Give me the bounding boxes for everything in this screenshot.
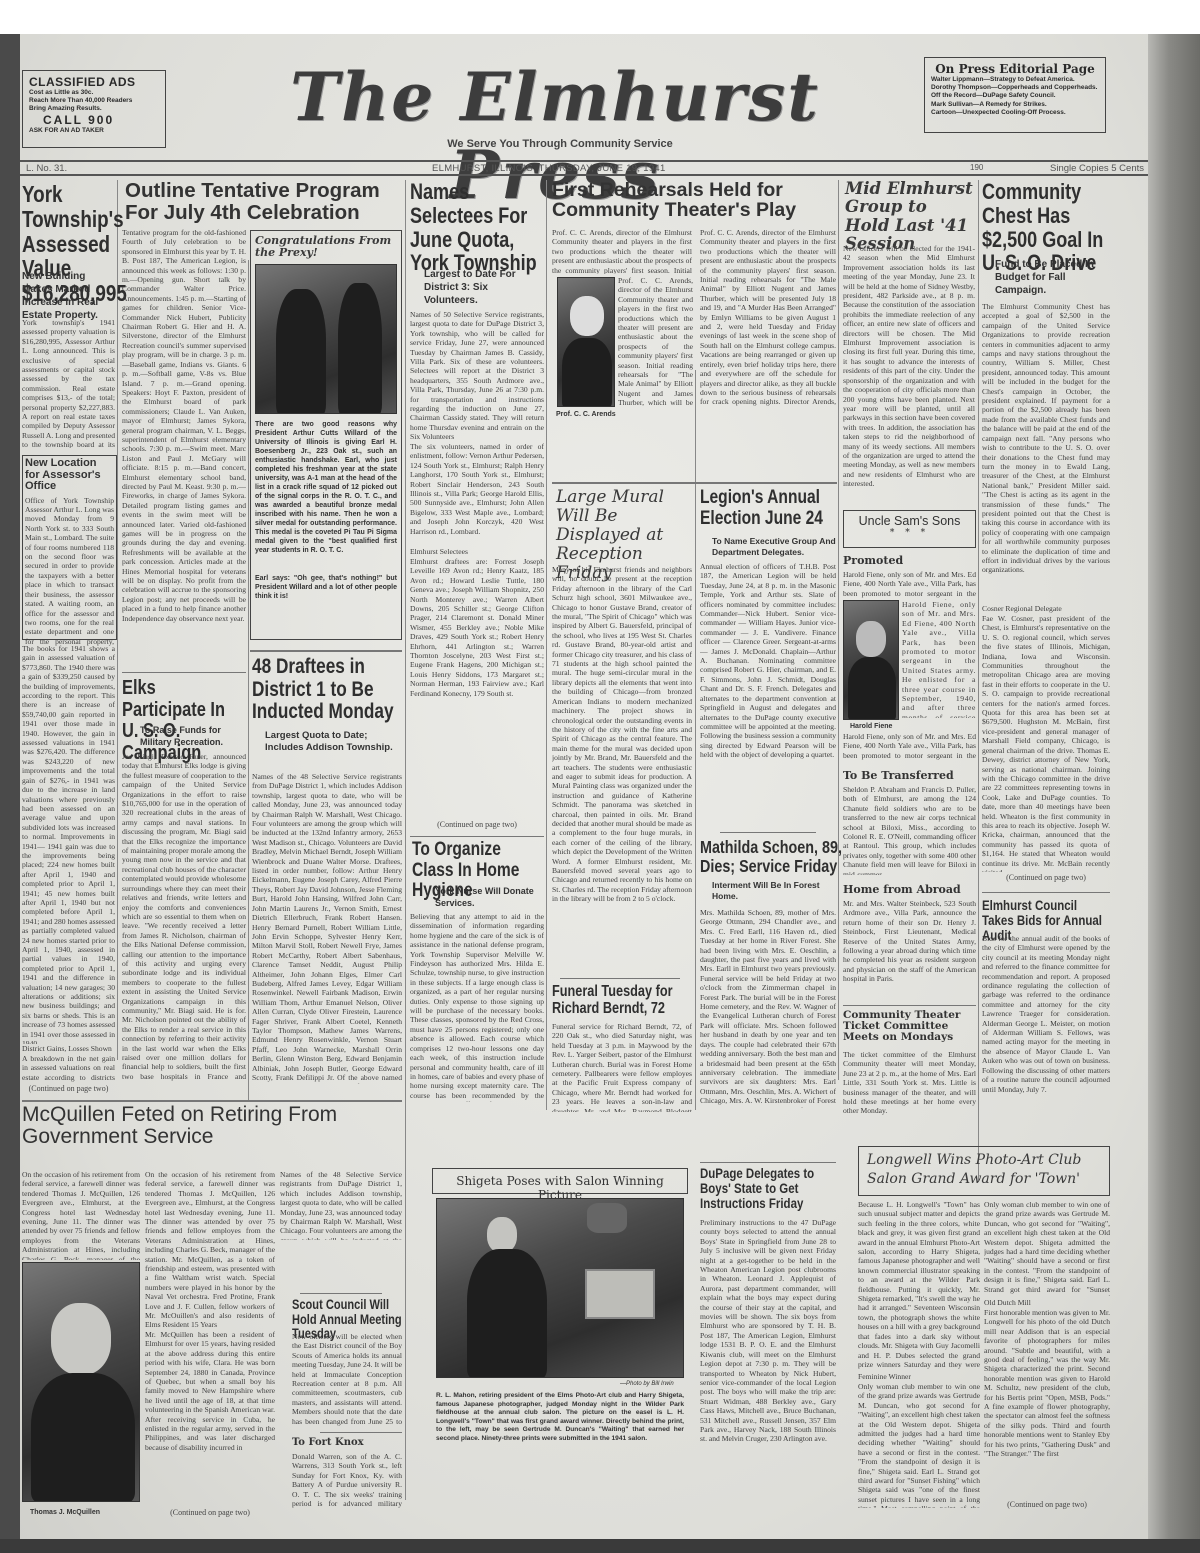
continued-mcquillen: (Continued on page two) [145,1508,275,1517]
photo-face [570,296,604,336]
classified-ads-box: CLASSIFIED ADS Cost as Little as 30c. Re… [22,70,166,148]
body-rehearsals-lead: Prof. C. C. Arends, director of the Elmh… [552,228,692,274]
classified-line: Bring Amazing Results. [29,105,159,113]
column-rule [117,180,118,1060]
shigeta-caption: R. L. Mahon, retiring president of the E… [436,1392,684,1472]
classified-line: Cost as Little as 30c. [29,89,159,97]
body-promoted-tail: Harold Fiene, only son of Mr. and Mrs. E… [843,732,976,760]
divider [320,1432,402,1433]
editorial-item: Off the Record—DuPage Safety Council. [931,92,1099,100]
editorial-item: Cartoon—Unexpected Cooling-Off Process. [931,109,1099,117]
body-ticket-committee: The ticket committee of the Elmhurst Com… [843,1050,976,1122]
headline-longwell: Longwell Wins Photo-Art Club Salon Grand… [867,1151,1101,1189]
headline-rehearsals: First Rehearsals Held for Community Thea… [552,180,842,221]
divider [982,892,1110,893]
headline-mcquillen: McQuillen Feted on Retiring From Governm… [22,1104,412,1148]
subhead-elmhurst-selectees: Elmhurst Selectees [410,547,544,556]
subhead-old-dutch-mill: Old Dutch Mill [984,1298,1110,1307]
body-selectees-3: Elmhurst draftees are: Forrest Joseph Le… [410,557,544,785]
divider [22,1100,402,1102]
photo-figure [276,289,326,414]
body-mid-elmhurst: New officers will be elected for the 194… [843,244,975,499]
divider [843,1005,976,1006]
body-rehearsals-col2: Prof. C. C. Arends, director of the Elmh… [700,228,836,408]
shigeta-title-box: Shigeta Poses with Salon Winning Picture [432,1168,688,1194]
arends-photo [557,277,615,407]
body-legion: Annual election of officers of T.H.B. Po… [700,562,836,824]
page-edge-shadow [1148,34,1200,1553]
body-draftees: Names of the 48 Selective Service regist… [252,772,402,1084]
headline-draftees: 48 Draftees in District 1 to Be Inducted… [252,656,400,724]
column-rule [248,260,249,1100]
body-mural: Many of his Elmhurst friends and neighbo… [552,565,692,975]
motto: We Serve You Through Community Service [360,138,760,150]
subhead-district-gains: District Gains, Losses Shown [22,1044,115,1053]
headline-funeral: Funeral Tuesday for Richard Berndt, 72 [552,984,683,1017]
classified-ask: ASK FOR AN AD TAKER [29,127,159,134]
column-rule [695,370,696,1110]
issue-date: ELMHURST, ILLINOIS, THURSDAY, JUNE 19, 1… [432,163,666,174]
deck-draftees: Largest Quota to Date; Includes Addison … [265,730,395,755]
body-home-from-abroad: Mr. and Mrs. Walter Steinbeck, 523 South… [843,899,976,999]
longwell-headline-box: Longwell Wins Photo-Art Club Salon Grand… [858,1146,1110,1196]
photo-figure [338,283,382,414]
deck-hygiene: York Nurse Will Donate Services. [435,886,545,909]
photo-face [51,1303,111,1375]
fiene-photo [843,600,899,720]
body-mcquillen-2: On the occasion of his retirement from f… [145,1170,275,1318]
body-mcquillen-3: Mr. McQuillen has been a resident of Elm… [145,1330,275,1502]
headline-fort-knox: To Fort Knox [292,1438,402,1449]
continued-selectees: (Continued on page two) [410,820,544,829]
mcquillen-caption: Thomas J. McQuillen [30,1508,140,1517]
editorial-page-box: On Press Editorial Page Walter Lippmann—… [924,57,1106,133]
body-transferred: Sheldon P. Abraham and Francis D. Puller… [843,785,976,875]
deck-schoen: Interment Will Be In Forest Home. [712,880,832,902]
divider [720,832,816,833]
divider [552,482,837,484]
body-community-chest: The Elmhurst Community Chest has accepte… [982,302,1110,602]
column-rule [838,180,839,1080]
classified-line: Reach More Than 40,000 Readers [29,97,159,105]
body-longwell: Because L. H. Longwell's "Town" has such… [858,1200,980,1370]
continued-community-chest: (Continued on page two) [982,873,1110,882]
subhead-elms-resident: Elms Resident 15 Years [145,1320,275,1329]
deck-legion: To Name Executive Group And Department D… [712,536,838,558]
body-promoted-wrap: Harold Fiene, only son of Mr. and Mrs. E… [902,600,976,718]
headline-legion: Legion's Annual Election June 24 [700,488,839,529]
editorial-item: Walter Lippmann—Strategy to Defeat Ameri… [931,76,1099,84]
body-scout: New officers will be elected when the Ea… [292,1332,402,1428]
body-selectees-2: The six volunteers, named in order of en… [410,442,544,546]
body-draftees-tail: Names of the 48 Selective Service regist… [280,1170,402,1240]
subhead-cosner: Cosner Regional Delegate [982,604,1110,613]
editorial-title: On Press Editorial Page [931,62,1099,76]
dateline-bar: L. No. 31. ELMHURST, ILLINOIS, THURSDAY,… [20,160,1148,176]
body-township-2: The books for 1941 shows a gain in asses… [22,644,115,1044]
body-funeral: Funeral service for Richard Berndt, 72, … [552,1022,692,1112]
body-fort-knox: Donald Warren, son of the A. C. Warrens,… [292,1452,402,1508]
lamp [587,1203,627,1233]
divider [122,672,246,673]
headline-boys-state: DuPage Delegates to Boys' State to Get I… [700,1166,835,1211]
body-hygiene: Believing that any attempt to aid in the… [410,912,544,1102]
photo-figure [31,1373,135,1502]
subhead-six-volunteers: Six Volunteers [410,432,544,441]
editorial-item: Mark Sullivan—A Remedy for Strikes. [931,101,1099,109]
shigeta-credit: —Photo by Bill Irwin [620,1380,684,1389]
body-rehearsals-wrap: Prof. C. C. Arends, director of the Elmh… [618,276,693,410]
issue-number: 190 [970,163,983,172]
photo-figure [562,338,612,407]
page-bottom-edge [0,1539,1200,1553]
divider [560,978,680,979]
column-rule [546,180,547,1110]
headline-schoen: Mathilda Schoen, 89, Dies; Service Frida… [700,838,844,876]
body-audit: Bids for the annual audit of the books o… [982,934,1110,1122]
headline-ticket-committee: Community Theater Ticket Committee Meets… [843,1010,976,1043]
fiene-caption: Harold Fiene [850,722,910,731]
uncle-sam-box: Uncle Sam's Sons * * * [843,510,976,548]
divider [410,836,544,837]
body-township-3: A breakdown in the net gain in assessed … [22,1054,115,1082]
column-rule [978,180,979,1180]
easel-print [585,1269,655,1319]
body-promoted: Harold Fiene, only son of Mr. and Mrs. E… [843,570,976,600]
prexy-photo [255,264,397,414]
subhead-feminine-winner: Feminine Winner [858,1372,980,1381]
deck-township: New Building Makes Marked Increase in Re… [22,270,117,322]
photo-figure [848,657,896,720]
continued-longwell: (Continued on page two) [984,1500,1110,1509]
photo-figure [467,1249,547,1378]
deck-elks: To Raise Funds for Military Recreation. [140,725,246,748]
classified-call: CALL 900 [43,113,159,127]
prexy-caption: There are two good reasons why President… [255,420,397,570]
classified-title: CLASSIFIED ADS [29,75,159,89]
body-schoen: Mrs. Mathilda Schoen, 89, mother of Mrs.… [700,908,836,1108]
deck-selectees: Largest to Date For District 3: Six Volu… [424,268,542,307]
headline-july4: Outline Tentative Program For July 4th C… [125,180,405,223]
body-july4: Tentative program for the old-fashioned … [122,228,246,628]
assessor-office-box: New Location for Assessor's Office Offic… [22,455,117,640]
body-longwell-3: First honorable mention was given to Mr.… [984,1308,1110,1498]
body-elks: Joe Biagi, Exalted Ruler, announced toda… [122,752,246,1082]
stars-divider: * * * [844,528,975,538]
deck-community-chest: Fund to Be Placed In Budget for Fall Cam… [995,258,1105,297]
body-community-chest-2: Fae W. Cosner, past president of the Che… [982,614,1110,872]
subhead-home-from-abroad: Home from Abroad [843,884,976,896]
body-longwell-2: Only woman club member to win one of the… [858,1382,980,1508]
divider [300,1293,382,1294]
subhead-transferred: To Be Transferred [843,770,976,782]
volume-number: L. No. 31. [26,163,67,174]
headline-selectees: Names Selectees For June Quota, York Tow… [410,180,545,275]
body-longwell-col2: Only woman club member to win one of the… [984,1200,1110,1296]
arends-caption: Prof. C. C. Arends [556,410,626,419]
shigeta-photo [436,1198,684,1378]
divider [250,650,402,652]
body-boys-state: Preliminary instructions to the 47 DuPag… [700,1218,836,1508]
body-township: York township's 1941 assessed property v… [22,318,115,448]
continued-township: (Continued on page two) [22,1084,115,1093]
editorial-item: Dorothy Thompson—Copperheads and Copperh… [931,84,1099,92]
photo-face [487,1217,517,1253]
price: Single Copies 5 Cents [1050,163,1144,174]
uncle-sam-title: Uncle Sam's Sons [844,515,975,528]
prexy-photo-box: Congratulations From the Prexy! There ar… [250,230,402,640]
headline-assessor-office: New Location for Assessor's Office [25,458,114,493]
subhead-promoted: Promoted [843,555,976,567]
headline-mid-elmhurst: Mid Elmhurst Group to Hold Last '41 Sess… [845,180,975,254]
prexy-title: Congratulations From the Prexy! [255,235,397,260]
binding-spine [0,34,20,1553]
body-selectees: Names of 50 Selective Service registrant… [410,310,544,430]
body-mcquillen: On the occasion of his retirement from f… [22,1170,140,1260]
divider [700,1162,836,1163]
body-assessor-office: Office of York Township Assessor Arthur … [25,496,114,646]
photo-face [856,621,886,657]
prexy-quote: Earl says: "Oh gee, that's nothing!" but… [255,574,397,601]
mcquillen-photo [22,1262,140,1502]
